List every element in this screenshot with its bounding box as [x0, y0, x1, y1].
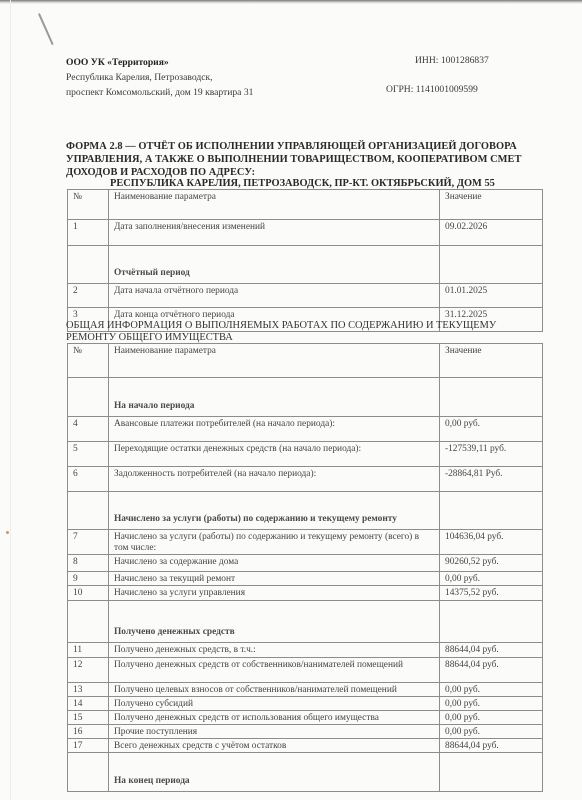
cell-value: -28864,81 Руб.: [440, 467, 543, 492]
section-title: Отчётный период: [109, 246, 440, 284]
cell-number: [68, 601, 109, 643]
cell-number: [68, 492, 109, 530]
cell-parameter: Получено денежных средств, в т.ч.:: [109, 643, 440, 658]
table-row: 14Получено субсидий0,00 руб.: [68, 697, 543, 711]
cell-value: [440, 378, 543, 417]
table-section-row: На начало периода: [68, 378, 543, 417]
cell-number: [68, 378, 109, 417]
cell-value: [440, 753, 543, 792]
cell-value: [440, 246, 543, 284]
form-address: РЕСПУБЛИКА КАРЕЛИЯ, ПЕТРОЗАВОДСК, ПР-КТ.…: [110, 178, 495, 189]
table-row: 8Начислено за содержание дома90260,52 ру…: [68, 555, 543, 572]
cell-value: 01.01.2025: [440, 284, 543, 308]
cell-number: 16: [68, 725, 109, 739]
cell-value: 104636,04 руб.: [440, 530, 543, 555]
table-row: 7Начислено за услуги (работы) по содержа…: [68, 530, 543, 555]
header-value: Значение: [440, 190, 543, 220]
cell-number: 12: [68, 658, 109, 683]
cell-value: 0,00 руб.: [440, 683, 543, 697]
header-parameter: Наименование параметра: [109, 190, 440, 220]
cell-value: 0,00 руб.: [440, 417, 543, 442]
table-row: 16Прочие поступления0,00 руб.: [68, 725, 543, 739]
table-row: 2Дата начала отчётного периода01.01.2025: [68, 284, 543, 308]
cell-parameter: Переходящие остатки денежных средств (на…: [109, 442, 440, 467]
table-row: 13Получено целевых взносов от собственни…: [68, 683, 543, 697]
scan-dot: [6, 531, 9, 534]
scan-left-edge: [10, 0, 11, 800]
cell-parameter: Начислено за услуги управления: [109, 586, 440, 601]
section-title: На конец периода: [109, 753, 440, 792]
table-section-row: Получено денежных средств: [68, 601, 543, 643]
table-row: 4Авансовые платежи потребителей (на нача…: [68, 417, 543, 442]
cell-value: 0,00 руб.: [440, 711, 543, 725]
table-row: 11Получено денежных средств, в т.ч.:8864…: [68, 643, 543, 658]
table-header-row: №Наименование параметраЗначение: [68, 190, 543, 220]
cell-parameter: Получено субсидий: [109, 697, 440, 711]
cell-parameter: Начислено за услуги (работы) по содержан…: [109, 530, 440, 555]
cell-number: [68, 753, 109, 792]
cell-value: 14375,52 руб.: [440, 586, 543, 601]
cell-number: 2: [68, 284, 109, 308]
scan-top-edge: [0, 0, 582, 4]
table-row: 10Начислено за услуги управления14375,52…: [68, 586, 543, 601]
cell-value: [440, 492, 543, 530]
cell-number: [68, 246, 109, 284]
company-address-line2: проспект Комсомольский, дом 19 квартира …: [66, 85, 253, 100]
cell-value: -127539,11 руб.: [440, 442, 543, 467]
company-address-line1: Республика Карелия, Петрозаводск,: [66, 70, 253, 85]
cell-number: 7: [68, 530, 109, 555]
cell-number: 6: [68, 467, 109, 492]
cell-number: 9: [68, 572, 109, 586]
cell-parameter: Прочие поступления: [109, 725, 440, 739]
pen-mark: [38, 13, 53, 45]
cell-value: 0,00 руб.: [440, 697, 543, 711]
cell-parameter: Дата заполнения/внесения изменений: [109, 220, 440, 246]
section-title: Получено денежных средств: [109, 601, 440, 643]
cell-parameter: Дата начала отчётного периода: [109, 284, 440, 308]
cell-number: 4: [68, 417, 109, 442]
table-row: 17Всего денежных средств с учётом остатк…: [68, 739, 543, 753]
cell-value: 0,00 руб.: [440, 572, 543, 586]
header-number: №: [68, 190, 109, 220]
cell-parameter: Получено денежных средств от использован…: [109, 711, 440, 725]
cell-parameter: Задолженность потребителей (на начало пе…: [109, 467, 440, 492]
company-ogrn: ОГРН: 1141001009599: [386, 84, 478, 95]
cell-value: [440, 601, 543, 643]
maintenance-works-table: №Наименование параметраЗначениеНа начало…: [67, 343, 543, 792]
reporting-period-table: №Наименование параметраЗначение1Дата зап…: [67, 189, 543, 332]
company-block: ООО УК «Территория» Республика Карелия, …: [66, 55, 253, 100]
table-section-row: Начислено за услуги (работы) по содержан…: [68, 492, 543, 530]
cell-number: 14: [68, 697, 109, 711]
cell-parameter: Авансовые платежи потребителей (на начал…: [109, 417, 440, 442]
cell-value: 88644,04 руб.: [440, 739, 543, 753]
cell-parameter: Начислено за текущий ремонт: [109, 572, 440, 586]
header-value: Значение: [440, 344, 543, 378]
header-number: №: [68, 344, 109, 378]
cell-parameter: Всего денежных средств с учётом остатков: [109, 739, 440, 753]
table-row: 5Переходящие остатки денежных средств (н…: [68, 442, 543, 467]
table-row: 6Задолженность потребителей (на начало п…: [68, 467, 543, 492]
table-section-row: Отчётный период: [68, 246, 543, 284]
cell-value: 88644,04 руб.: [440, 658, 543, 683]
header-parameter: Наименование параметра: [109, 344, 440, 378]
table-row: 1Дата заполнения/внесения изменений09.02…: [68, 220, 543, 246]
company-inn: ИНН: 1001286837: [415, 55, 489, 66]
cell-value: 0,00 руб.: [440, 725, 543, 739]
cell-number: 10: [68, 586, 109, 601]
cell-number: 1: [68, 220, 109, 246]
section-heading: ОБЩАЯ ИНФОРМАЦИЯ О ВЫПОЛНЯЕМЫХ РАБОТАХ П…: [66, 320, 536, 344]
table-header-row: №Наименование параметраЗначение: [68, 344, 543, 378]
cell-number: 15: [68, 711, 109, 725]
cell-parameter: Получено денежных средств от собственник…: [109, 658, 440, 683]
cell-number: 13: [68, 683, 109, 697]
table-row: 12Получено денежных средств от собственн…: [68, 658, 543, 683]
table-section-row: На конец периода: [68, 753, 543, 792]
cell-value: 09.02.2026: [440, 220, 543, 246]
table-row: 9Начислено за текущий ремонт0,00 руб.: [68, 572, 543, 586]
section-title: Начислено за услуги (работы) по содержан…: [109, 492, 440, 530]
cell-number: 8: [68, 555, 109, 572]
cell-number: 11: [68, 643, 109, 658]
section-title: На начало периода: [109, 378, 440, 417]
form-title: ФОРМА 2.8 — ОТЧЁТ ОБ ИСПОЛНЕНИИ УПРАВЛЯЮ…: [66, 140, 536, 179]
company-name: ООО УК «Территория»: [66, 55, 253, 70]
cell-number: 5: [68, 442, 109, 467]
table-row: 15Получено денежных средств от использов…: [68, 711, 543, 725]
cell-value: 90260,52 руб.: [440, 555, 543, 572]
cell-parameter: Получено целевых взносов от собственнико…: [109, 683, 440, 697]
cell-number: 17: [68, 739, 109, 753]
cell-parameter: Начислено за содержание дома: [109, 555, 440, 572]
cell-value: 88644,04 руб.: [440, 643, 543, 658]
